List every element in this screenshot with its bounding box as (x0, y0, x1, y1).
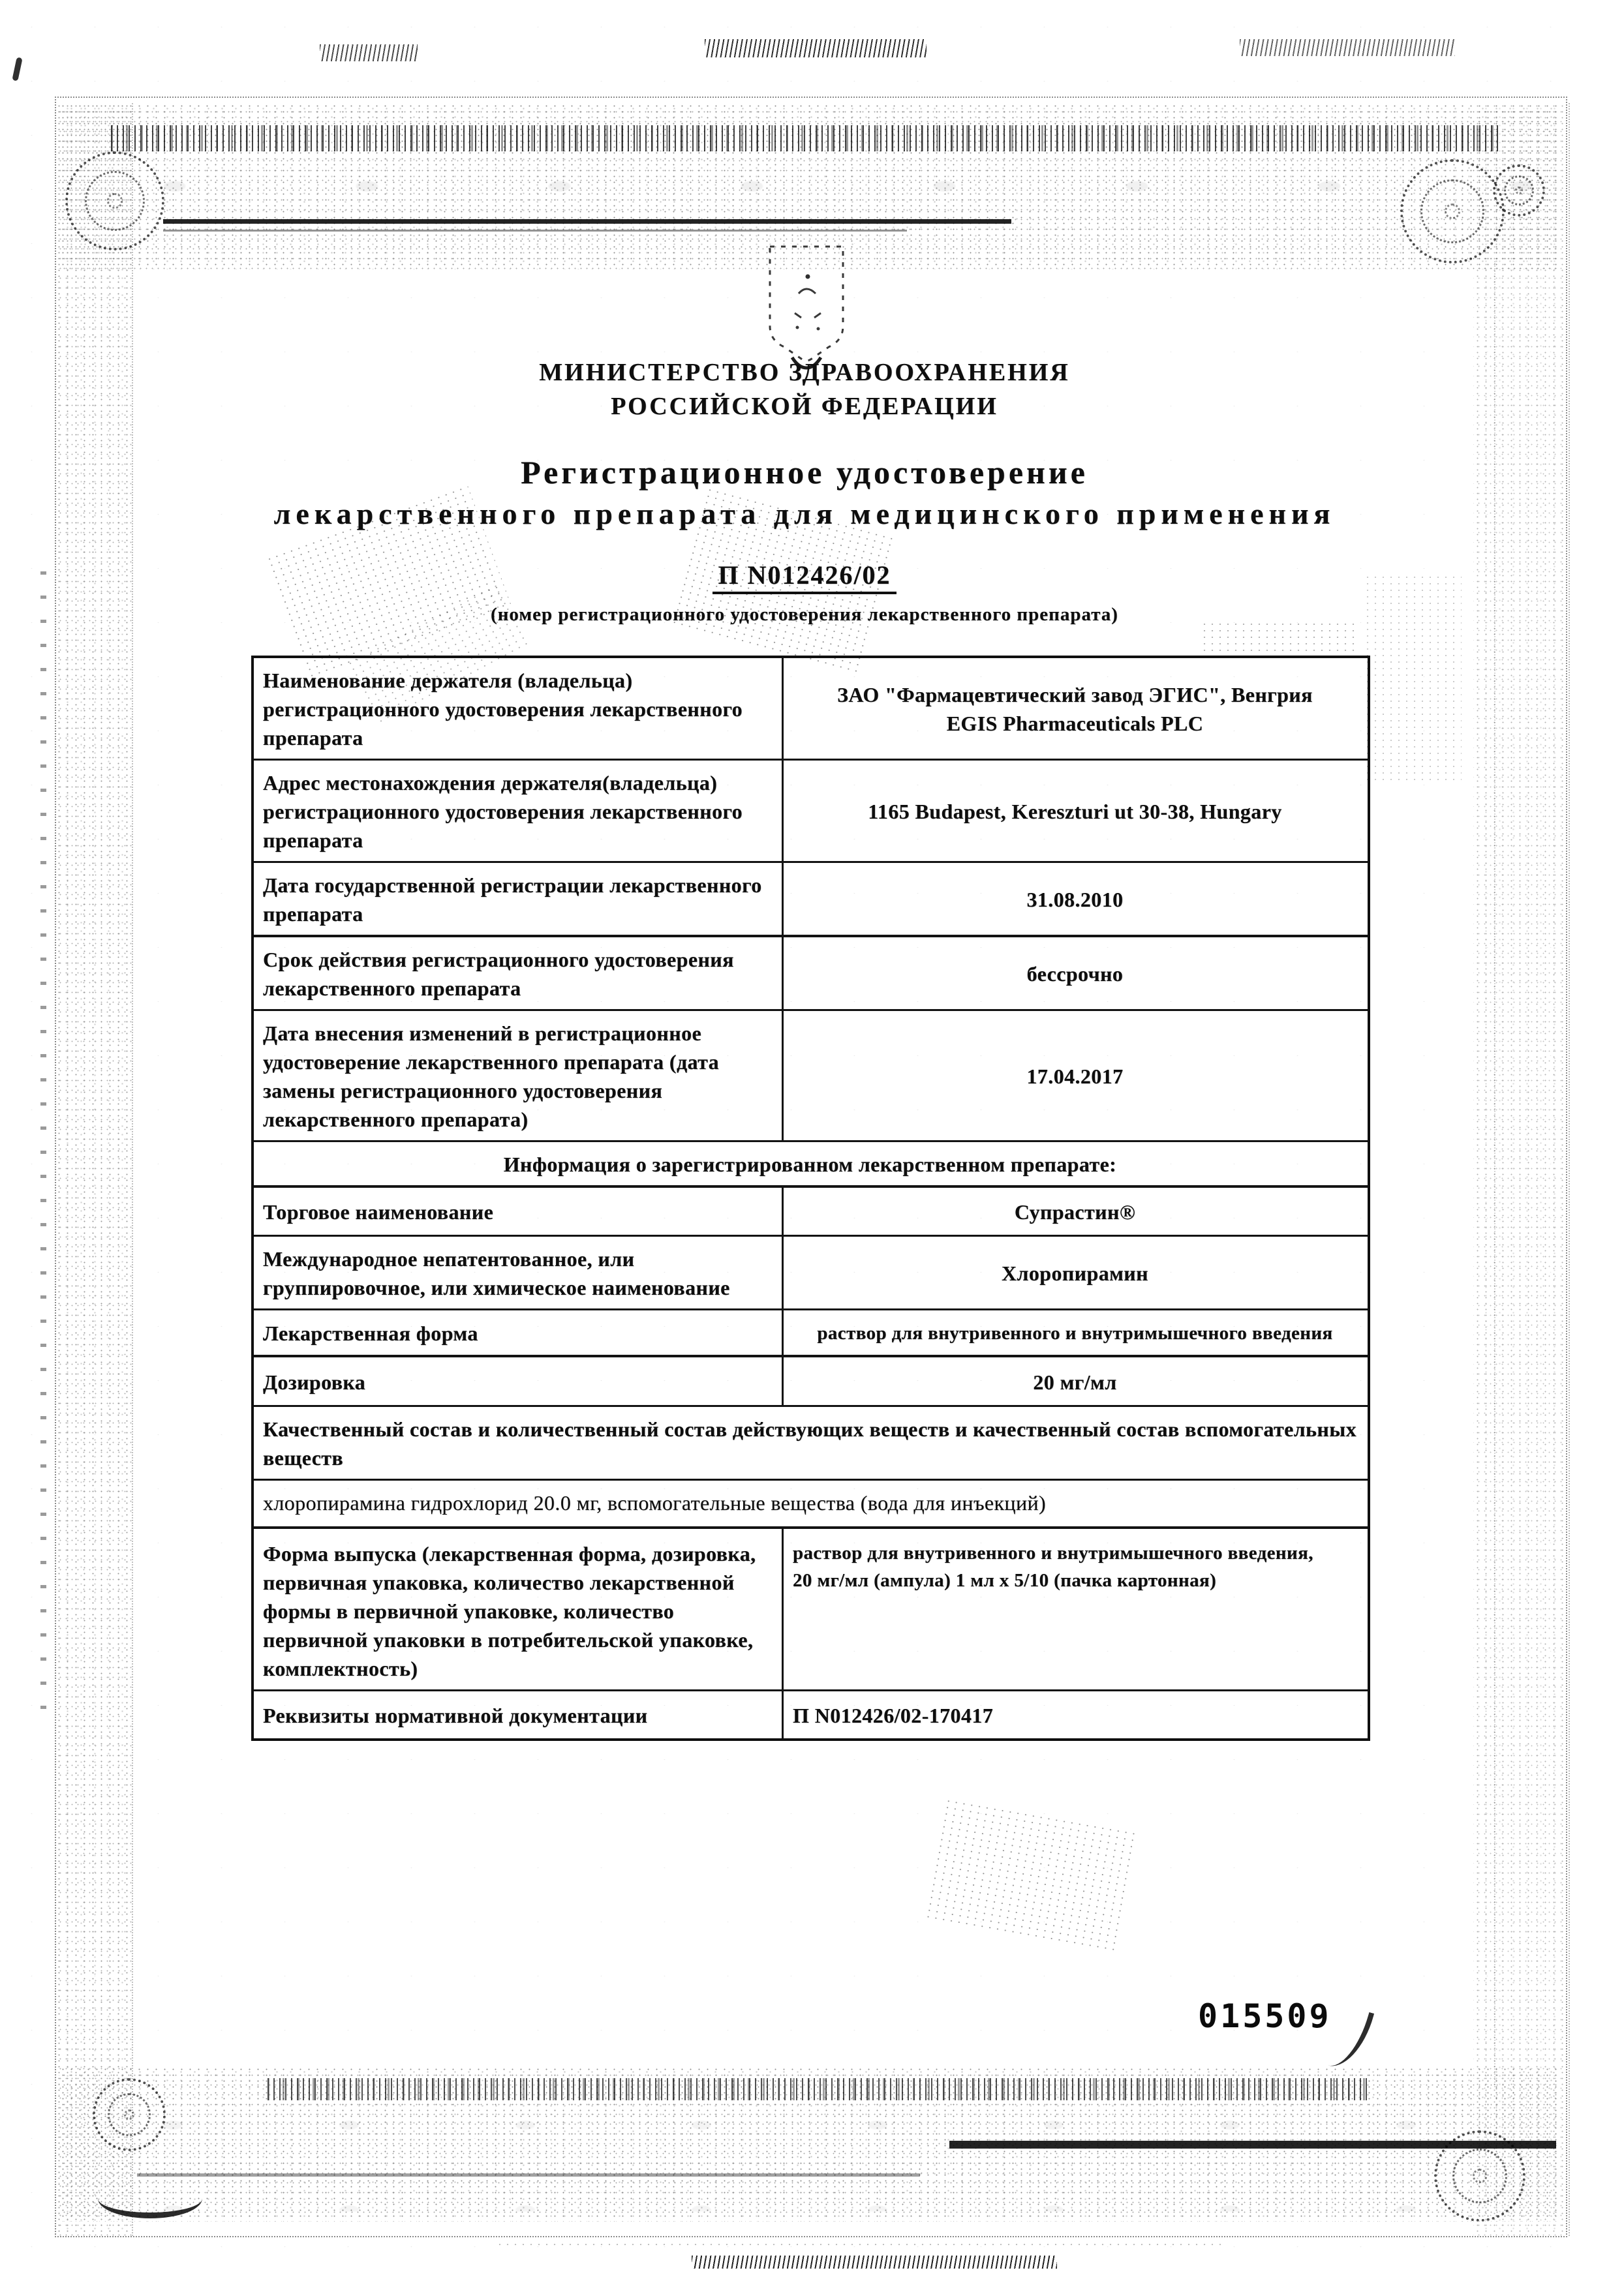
row-label: Международное непатентованное, или групп… (254, 1237, 784, 1308)
border-ornament-right (1473, 103, 1565, 2236)
row-value: ЗАО "Фармацевтический завод ЭГИС", Венгр… (784, 658, 1368, 759)
section-title: Качественный состав и количественный сос… (254, 1407, 1368, 1479)
table-row: Дозировка 20 мг/мл (254, 1357, 1368, 1407)
row-value: бессрочно (784, 937, 1368, 1009)
corner-rosette-icon (1434, 2130, 1525, 2222)
document-title-line-2: лекарственного препарата для медицинског… (191, 493, 1418, 535)
corner-rosette-icon (1400, 159, 1505, 264)
scan-noise (40, 561, 46, 1709)
row-label: Форма выпуска (лекарственная форма, дози… (254, 1529, 784, 1689)
border-line-top (163, 219, 1011, 224)
border-vline-right-2 (1494, 261, 1495, 2087)
section-title: Информация о зарегистрированном лекарств… (254, 1142, 1368, 1185)
ministry-line-1: МИНИСТЕРСТВО ЗДРАВООХРАНЕНИЯ (191, 355, 1418, 389)
scan-noise (1201, 621, 1357, 660)
table-row: Адрес местонахождения держателя(владельц… (254, 761, 1368, 863)
row-label: Дозировка (254, 1357, 784, 1405)
row-value: П N012426/02-170417 (784, 1691, 1368, 1738)
scan-noise (705, 39, 927, 57)
row-label: Наименование держателя (владельца) регис… (254, 658, 784, 759)
table-row: Дата государственной регистрации лекарст… (254, 863, 1368, 937)
document-title-line-1: Регистрационное удостоверение (191, 451, 1418, 493)
scan-noise (692, 2256, 1057, 2269)
row-label: Лекарственная форма (254, 1310, 784, 1355)
scan-noise (12, 57, 22, 81)
registration-number: П N012426/02 (713, 560, 896, 594)
table-row: Торговое наименование Супрастин® (254, 1188, 1368, 1237)
border-hatch-bottom (268, 2078, 1370, 2100)
serial-number: 015509 (1198, 1997, 1332, 2035)
table-row: Международное непатентованное, или групп… (254, 1237, 1368, 1310)
scan-noise (496, 2241, 1227, 2248)
registration-number-caption: (номер регистрационного удостоверения ле… (191, 604, 1418, 626)
table-row: Форма выпуска (лекарственная форма, дози… (254, 1529, 1368, 1691)
border-vline-left (132, 103, 133, 2236)
table-section-row: Качественный состав и количественный сос… (254, 1407, 1368, 1481)
corner-rosette-icon (65, 151, 164, 250)
table-row: Срок действия регистрационного удостовер… (254, 937, 1368, 1011)
ministry-line-2: РОССИЙСКОЙ ФЕДЕРАЦИИ (191, 389, 1418, 423)
row-value: раствор для внутривенного и внутримышечн… (784, 1529, 1368, 1689)
scan-noise (1240, 39, 1455, 56)
row-value: 20 мг/мл (784, 1357, 1368, 1405)
row-label: Дата государственной регистрации лекарст… (254, 863, 784, 935)
document-title: Регистрационное удостоверение лекарствен… (191, 451, 1418, 535)
table-section-row: Информация о зарегистрированном лекарств… (254, 1142, 1368, 1188)
row-label: Адрес местонахождения держателя(владельц… (254, 761, 784, 861)
table-row: Реквизиты нормативной документации П N01… (254, 1691, 1368, 1738)
scan-noise (320, 44, 418, 61)
table-row: Дата внесения изменений в регистрационно… (254, 1011, 1368, 1142)
section-text: хлоропирамина гидрохлорид 20.0 мг, вспом… (254, 1481, 1368, 1524)
row-value: 1165 Budapest, Kereszturi ut 30-38, Hung… (784, 761, 1368, 861)
border-line-top-2 (163, 230, 907, 232)
border-line-bottom-2 (137, 2173, 920, 2177)
border-vline-right (1569, 103, 1570, 2236)
table-row: Наименование держателя (владельца) регис… (254, 658, 1368, 761)
row-value: 31.08.2010 (784, 863, 1368, 935)
row-value: раствор для внутривенного и внутримышечн… (784, 1310, 1368, 1355)
row-value: Супрастин® (784, 1188, 1368, 1235)
ministry-name: МИНИСТЕРСТВО ЗДРАВООХРАНЕНИЯ РОССИЙСКОЙ … (191, 355, 1418, 423)
registration-table: Наименование держателя (владельца) регис… (251, 656, 1370, 1741)
document-page: МИНИСТЕРСТВО ЗДРАВООХРАНЕНИЯ РОССИЙСКОЙ … (0, 0, 1609, 2296)
table-section-row: хлоропирамина гидрохлорид 20.0 мг, вспом… (254, 1481, 1368, 1529)
state-emblem-icon (761, 243, 852, 373)
registration-number-block: П N012426/02 (191, 560, 1418, 594)
table-row: Лекарственная форма раствор для внутриве… (254, 1310, 1368, 1357)
row-value: Хлоропирамин (784, 1237, 1368, 1308)
corner-rosette-icon (1493, 164, 1545, 217)
border-hatch-top (111, 125, 1501, 151)
row-label: Торговое наименование (254, 1188, 784, 1235)
corner-rosette-icon (93, 2078, 166, 2151)
row-label: Дата внесения изменений в регистрационно… (254, 1011, 784, 1140)
row-value: 17.04.2017 (784, 1011, 1368, 1140)
row-label: Срок действия регистрационного удостовер… (254, 937, 784, 1009)
row-label: Реквизиты нормативной документации (254, 1691, 784, 1738)
border-ornament-left (55, 103, 134, 2236)
